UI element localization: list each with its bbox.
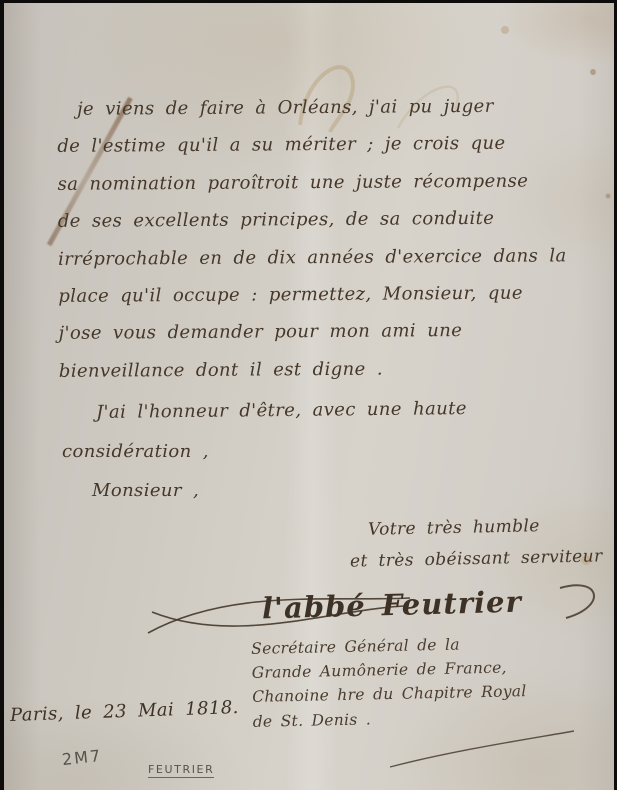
- body-line-5: irréprochable en de dix années d'exercic…: [58, 245, 598, 286]
- closing-salutation: Monsieur ,: [92, 480, 199, 501]
- closing-line-2: considération ,: [62, 441, 209, 462]
- letter-body: je viens de faire à Orléans, j'ai pu jug…: [57, 95, 599, 398]
- body-line-3: sa nomination paroîtroit une juste récom…: [57, 170, 597, 211]
- body-line-8: bienveillance dont il est digne .: [59, 357, 599, 398]
- body-line-2: de l'estime qu'il a su mériter ; je croi…: [57, 133, 597, 174]
- closing-line-1: J'ai l'honneur d'être, avec une haute: [96, 398, 467, 423]
- valediction-line-1: Votre très humble: [368, 516, 540, 540]
- body-line-4: de ses excellents principes, de sa condu…: [58, 207, 598, 248]
- letter-scan: je viens de faire à Orléans, j'ai pu jug…: [0, 0, 617, 790]
- signature-titles: Secrétaire Général de la Grande Aumôneri…: [251, 634, 527, 736]
- body-line-7: j'ose vous demander pour mon ami une: [59, 319, 599, 360]
- body-line-1: je viens de faire à Orléans, j'ai pu jug…: [57, 95, 597, 136]
- pencil-archivist-name: FEUTRIER: [148, 763, 214, 778]
- body-line-6: place qu'il occupe : permettez, Monsieur…: [58, 282, 598, 323]
- signature-name: l'abbé Feutrier: [262, 585, 523, 626]
